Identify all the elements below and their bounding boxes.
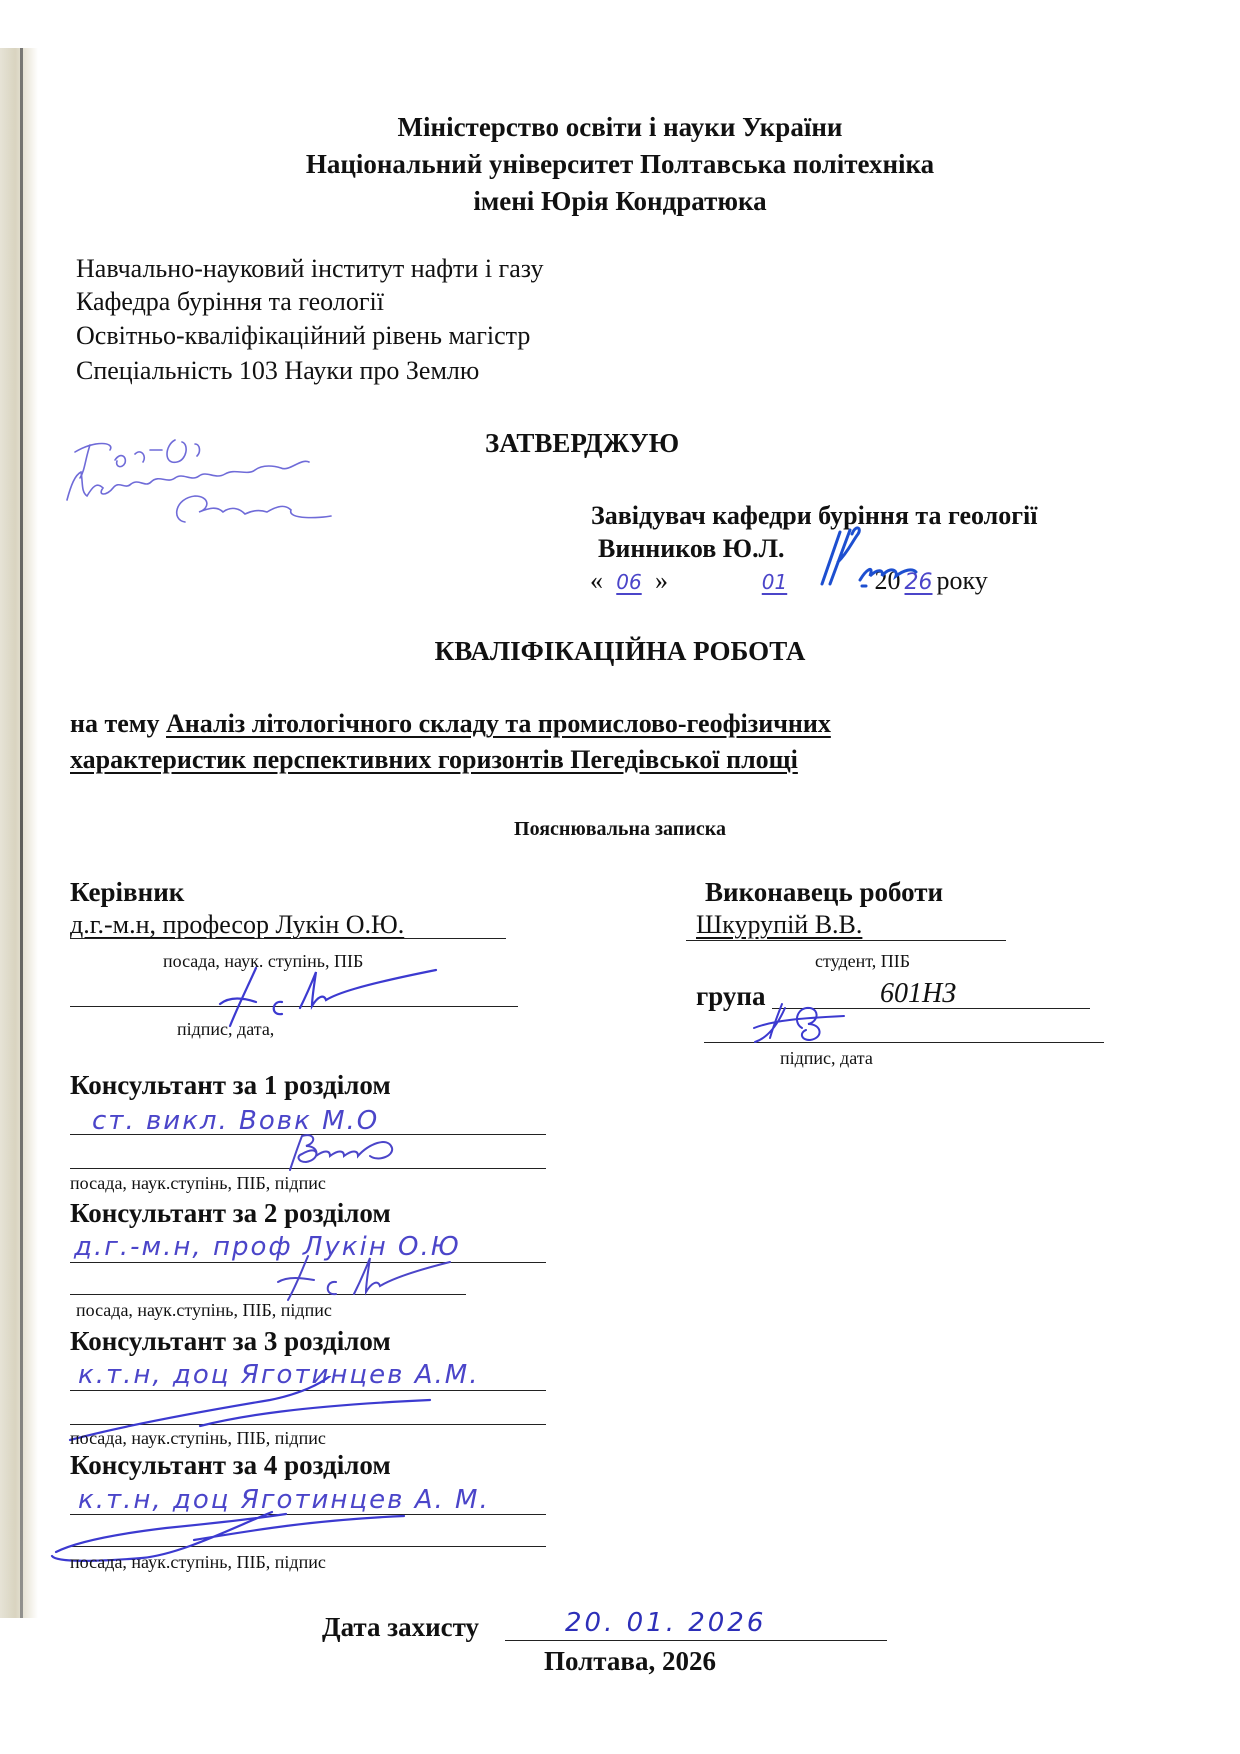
handwritten-note-signature: [55, 430, 385, 540]
specialty: Спеціальність 103 Науки про Землю: [76, 356, 479, 386]
consultant-4-heading: Консультант за 4 розділом: [70, 1450, 391, 1481]
defense-date-value: 20. 01. 2026: [565, 1608, 766, 1638]
executor-line: [686, 940, 1006, 941]
approval-name: Винников Ю.Л.: [598, 534, 784, 564]
university-name: імені Юрія Кондратюка: [0, 186, 1240, 217]
consultant-2-caption: посада, наук.ступінь, ПІБ, підпис: [76, 1300, 332, 1321]
supervisor-line: [70, 938, 506, 939]
executor-heading: Виконавець роботи: [705, 877, 943, 908]
work-title: КВАЛІФІКАЦІЙНА РОБОТА: [0, 636, 1240, 667]
executor-value: Шкурупій В.В.: [696, 910, 862, 940]
consultant-3-caption: посада, наук.ступінь, ПІБ, підпис: [70, 1428, 326, 1449]
topic-line-2: характеристик перспективних горизонтів П…: [70, 745, 798, 775]
department: Кафедра буріння та геології: [76, 287, 384, 317]
topic-line-1: на тему Аналіз літологічного складу та п…: [70, 709, 831, 739]
consultant-1-heading: Консультант за 1 розділом: [70, 1070, 391, 1101]
university-title: Національний університет Полтавська полі…: [0, 149, 1240, 180]
consultant-2-signature: [270, 1252, 460, 1302]
education-level: Освітньо-кваліфікаційний рівень магістр: [76, 321, 530, 351]
consultant-1-signature: [280, 1130, 430, 1174]
group-value: 601НЗ: [880, 978, 956, 1010]
city-year: Полтава, 2026: [0, 1646, 1240, 1677]
subtitle: Пояснювальна записка: [0, 818, 1240, 841]
approval-day: 06: [603, 570, 655, 594]
supervisor-value: д.г.-м.н, професор Лукін О.Ю.: [70, 910, 404, 940]
supervisor-heading: Керівник: [70, 877, 184, 908]
supervisor-signature: [210, 960, 440, 1030]
executor-signature: [750, 998, 860, 1048]
defense-date-line: [505, 1640, 887, 1641]
defense-date-label: Дата захисту: [322, 1612, 479, 1643]
ministry-title: Міністерство освіти і науки України: [0, 112, 1240, 143]
approval-title: ЗАТВЕРДЖУЮ: [485, 428, 679, 459]
institute: Навчально-науковий інститут нафти і газу: [76, 254, 543, 284]
consultant-1-caption: посада, наук.ступінь, ПІБ, підпис: [70, 1173, 326, 1194]
executor-sign-caption: підпис, дата: [780, 1048, 873, 1069]
consultant-4-caption: посада, наук.ступінь, ПІБ, підпис: [70, 1552, 326, 1573]
head-signature: [800, 522, 950, 602]
consultant-2-heading: Консультант за 2 розділом: [70, 1198, 391, 1229]
consultant-3-heading: Консультант за 3 розділом: [70, 1326, 391, 1357]
executor-caption: студент, ПІБ: [815, 951, 910, 972]
